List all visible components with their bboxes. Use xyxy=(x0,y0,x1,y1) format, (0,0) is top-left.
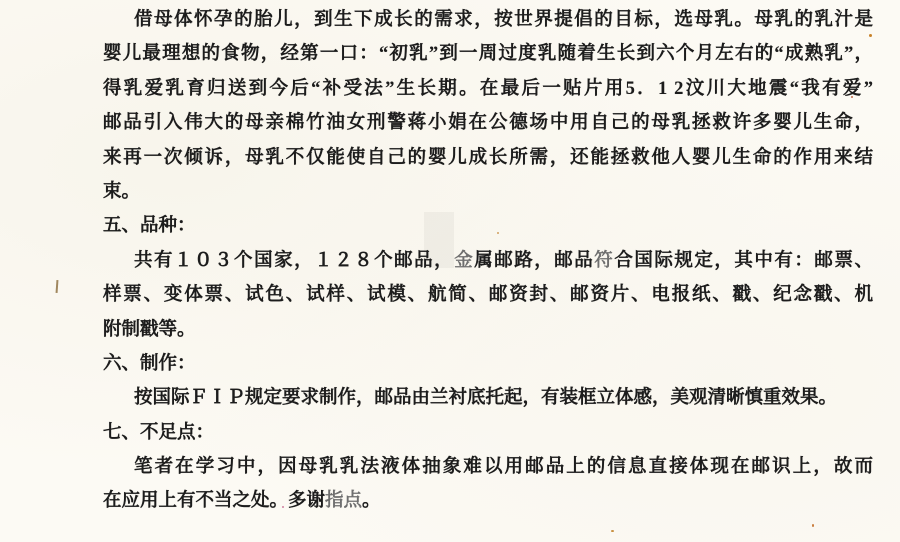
text-segment: 。 xyxy=(362,491,381,511)
text-segment: 在应用上有不当之处。多谢 xyxy=(103,491,325,511)
paper-speck xyxy=(812,524,814,527)
paragraph-intro-line-3: 得乳爱乳育归送到今后“补受法”生长期。在最后一贴片用5．1 2汶川大地震“我有爱… xyxy=(103,72,873,106)
heading-section-6-production: 六、制作： xyxy=(103,347,873,381)
text-segment-faded: 金 xyxy=(454,251,474,271)
paragraph-intro-line-5: 来再一次倾诉，母乳不仅能使自己的婴儿成长所需，还能拯救他人婴儿生命的作用来结 xyxy=(103,141,873,175)
paper-speck xyxy=(611,530,614,532)
text-segment: 合国际规定，其中有：邮票、 xyxy=(614,251,873,271)
heading-section-5-varieties: 五、品种： xyxy=(103,209,873,243)
paragraph-intro-line-2: 婴儿最理想的食物，经第一口：“初乳”到一周过度乳随着生长到六个月左右的“成熟乳”… xyxy=(103,37,873,71)
paragraph-intro-line-6: 束。 xyxy=(103,175,873,209)
section-5-line-2: 样票、变体票、试色、试样、试模、航简、邮资封、邮资片、电报纸、戳、纪念戳、机 xyxy=(103,278,873,312)
section-5-line-3: 附制戳等。 xyxy=(103,313,873,347)
heading-section-7-shortcomings: 七、不足点： xyxy=(103,416,873,450)
section-6-line-1: 按国际ＦＩＰ规定要求制作，邮品由兰衬底托起，有装框立体感，美观清晰慎重效果。 xyxy=(103,381,873,415)
section-5-line-1: 共有１０３个国家，１２８个邮品，金属邮路，邮品符合国际规定，其中有：邮票、 xyxy=(103,244,873,278)
section-7-line-1: 笔者在学习中，因母乳乳法液体抽象难以用邮品上的信息直接体现在邮识上，故而 xyxy=(103,450,873,484)
paragraph-intro-line-4: 邮品引入伟大的母亲棉竹油女刑警蒋小娟在公德场中用自己的母乳拯救许多婴儿生命， xyxy=(103,106,873,140)
section-7-line-2: 在应用上有不当之处。多谢指点。 xyxy=(103,484,873,518)
text-segment: 属邮路，邮品 xyxy=(474,251,594,271)
text-segment-faded: 符 xyxy=(594,251,614,271)
text-segment: 共有１０３个国家，１２８个邮品， xyxy=(134,251,454,271)
text-segment-faded: 指点 xyxy=(325,491,362,511)
paragraph-intro-line-1: 借母体怀孕的胎儿，到生下成长的需求，按世界提倡的目标，选母乳。母乳的乳汁是 xyxy=(103,3,873,37)
paper-fiber-mark xyxy=(56,280,59,293)
scanned-document-page: 借母体怀孕的胎儿，到生下成长的需求，按世界提倡的目标，选母乳。母乳的乳汁是 婴儿… xyxy=(0,0,900,542)
document-text-block: 借母体怀孕的胎儿，到生下成长的需求，按世界提倡的目标，选母乳。母乳的乳汁是 婴儿… xyxy=(103,3,873,519)
